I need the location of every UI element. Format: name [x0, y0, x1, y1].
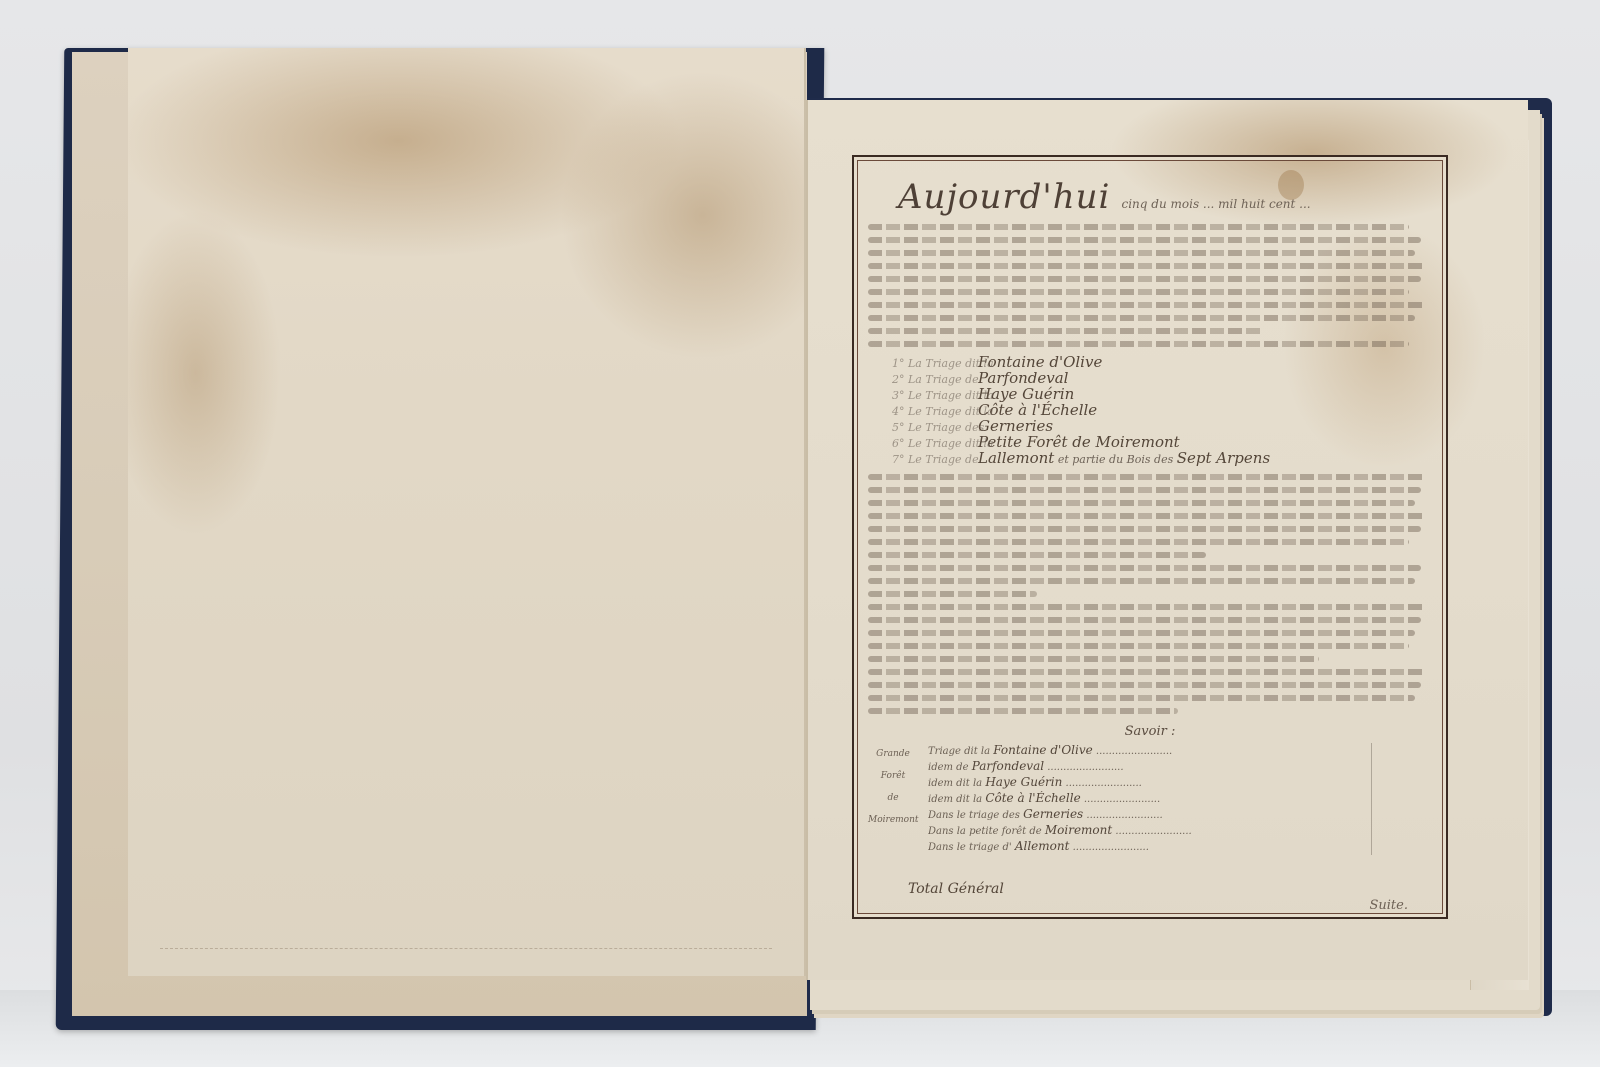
heading-line: Aujourd'hui cinq du mois ... mil huit ce…	[868, 177, 1432, 217]
table-row: Dans le triage d' Allemont .............…	[928, 839, 1432, 855]
savoir-heading: Savoir :	[868, 724, 1432, 739]
table-row: Dans la petite forêt de Moiremont ......…	[928, 823, 1432, 839]
body-paragraphs	[868, 474, 1432, 714]
table-row: Dans le triage des Gerneries ...........…	[928, 807, 1432, 823]
page-frame-border: Aujourd'hui cinq du mois ... mil huit ce…	[852, 155, 1448, 919]
forest-triage-list: 1° La Triage dit laFontaine d'Olive 2° L…	[892, 355, 1432, 467]
table-row: Triage dit la Fontaine d'Olive .........…	[928, 743, 1432, 759]
table-row: idem dit la Côte à l'Échelle ...........…	[928, 791, 1432, 807]
list-item: 2° La Triage deParfondeval	[892, 371, 1432, 387]
table-row: idem de Parfondeval ....................…	[928, 759, 1432, 775]
ledger-side-label: Grande Forêt de Moiremont	[868, 743, 918, 831]
suite-label: Suite.	[1370, 898, 1409, 913]
total-general: Total Général	[908, 881, 1432, 897]
heading: Aujourd'hui	[898, 177, 1110, 217]
list-item: 7° Le Triage deLallemont et partie du Bo…	[892, 451, 1432, 467]
list-item: 4° Le Triage dit laCôte à l'Échelle	[892, 403, 1432, 419]
manuscript-text: Aujourd'hui cinq du mois ... mil huit ce…	[868, 177, 1432, 907]
ledger-table: Grande Forêt de Moiremont Triage dit la …	[868, 743, 1432, 855]
list-item: 1° La Triage dit laFontaine d'Olive	[892, 355, 1432, 371]
intro-paragraph	[868, 224, 1432, 347]
list-item: 3° Le Triage dit laHaye Guérin	[892, 387, 1432, 403]
table-row: idem dit la Haye Guérin ................…	[928, 775, 1432, 791]
left-page-plate-mark	[160, 278, 772, 949]
list-item: 6° Le Triage dit laPetite Forêt de Moire…	[892, 435, 1432, 451]
left-page-blank[interactable]	[128, 48, 806, 976]
heading-date: cinq du mois ... mil huit cent ...	[1122, 197, 1311, 211]
